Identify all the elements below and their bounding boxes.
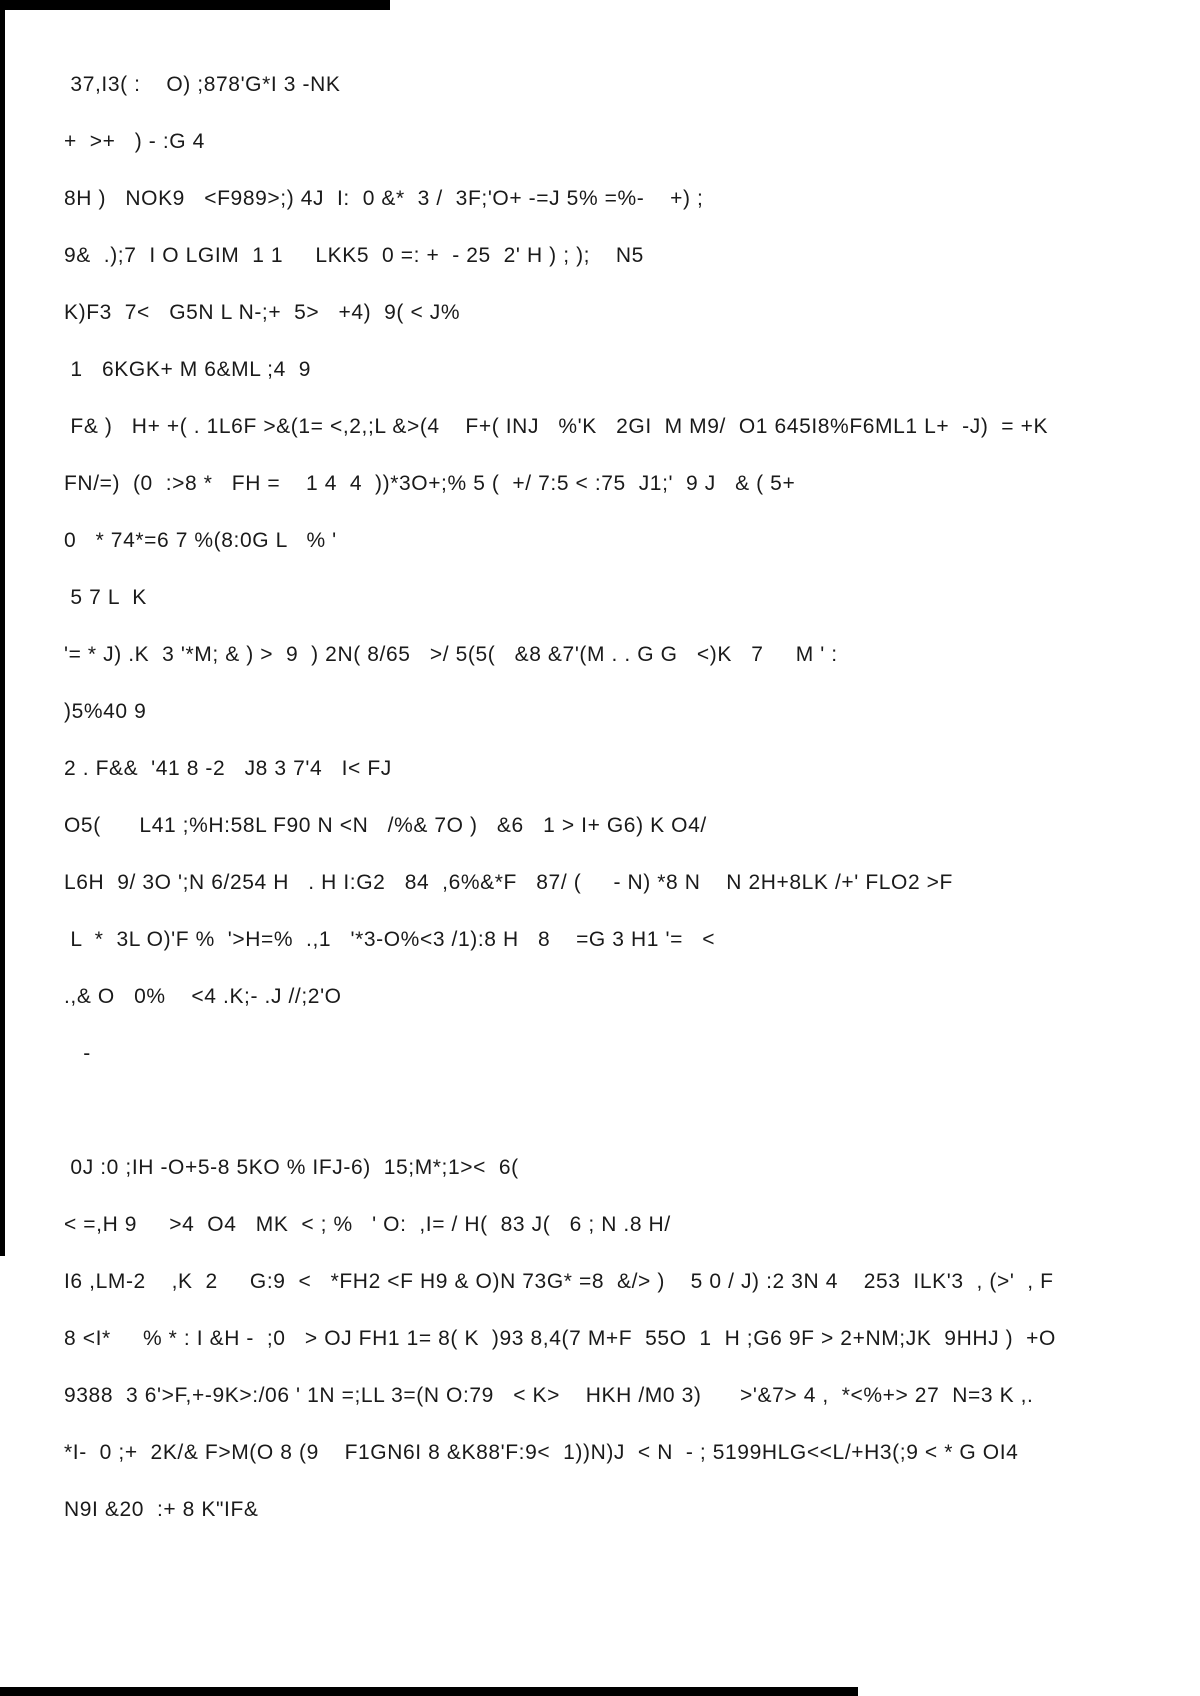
- text-line: 5 7 L K: [64, 569, 1190, 626]
- text-line: )5%40 9: [64, 683, 1190, 740]
- document-text-block: 37,I3( : O) ;878'G*I 3 -NK + >+ ) - :G 4…: [64, 56, 1190, 1538]
- text-line: FN/=) (0 :>8 * FH = 1 4 4 ))*3O+;% 5 ( +…: [64, 455, 1190, 512]
- text-line: 9& .);7 I O LGIM 1 1 LKK5 0 =: + - 25 2'…: [64, 227, 1190, 284]
- scanned-document-page: 37,I3( : O) ;878'G*I 3 -NK + >+ ) - :G 4…: [0, 0, 1200, 1696]
- text-line: + >+ ) - :G 4: [64, 113, 1190, 170]
- text-line: .,& O 0% <4 .K;- .J //;2'O: [64, 968, 1190, 1025]
- scan-artifact-bottom-bar: [0, 1687, 858, 1696]
- scan-artifact-top-bar: [0, 0, 390, 10]
- text-line: 37,I3( : O) ;878'G*I 3 -NK: [64, 56, 1190, 113]
- text-line: -: [64, 1025, 1190, 1082]
- text-line: < =,H 9 >4 O4 MK < ; % ' O: ,I= / H( 83 …: [64, 1196, 1190, 1253]
- text-line: F& ) H+ +( . 1L6F >&(1= <,2,;L &>(4 F+( …: [64, 398, 1190, 455]
- text-line: 0J :0 ;IH -O+5-8 5KO % IFJ-6) 15;M*;1>< …: [64, 1139, 1190, 1196]
- text-line: I6 ,LM-2 ,K 2 G:9 < *FH2 <F H9 & O)N 73G…: [64, 1253, 1190, 1310]
- text-line: 0 * 74*=6 7 %(8:0G L % ': [64, 512, 1190, 569]
- text-line: 1 6KGK+ M 6&ML ;4 9: [64, 341, 1190, 398]
- text-line-blank: [64, 1082, 1190, 1139]
- text-line: 2 . F&& '41 8 -2 J8 3 7'4 I< FJ: [64, 740, 1190, 797]
- text-line: *I- 0 ;+ 2K/& F>M(O 8 (9 F1GN6I 8 &K88'F…: [64, 1424, 1190, 1481]
- text-line: N9I &20 :+ 8 K"IF&: [64, 1481, 1190, 1538]
- text-line: '= * J) .K 3 '*M; & ) > 9 ) 2N( 8/65 >/ …: [64, 626, 1190, 683]
- text-line: L6H 9/ 3O ';N 6/254 H . H I:G2 84 ,6%&*F…: [64, 854, 1190, 911]
- text-line: 8 <I* % * : I &H - ;0 > OJ FH1 1= 8( K )…: [64, 1310, 1190, 1367]
- text-line: O5( L41 ;%H:58L F90 N <N /%& 7O ) &6 1 >…: [64, 797, 1190, 854]
- text-line: K)F3 7< G5N L N-;+ 5> +4) 9( < J%: [64, 284, 1190, 341]
- scan-artifact-left-bar: [0, 0, 5, 1256]
- text-line: L * 3L O)'F % '>H=% .,1 '*3-O%<3 /1):8 H…: [64, 911, 1190, 968]
- text-line: 8H ) NOK9 <F989>;) 4J I: 0 &* 3 / 3F;'O+…: [64, 170, 1190, 227]
- text-line: 9388 3 6'>F,+-9K>:/06 ' 1N =;LL 3=(N O:7…: [64, 1367, 1190, 1424]
